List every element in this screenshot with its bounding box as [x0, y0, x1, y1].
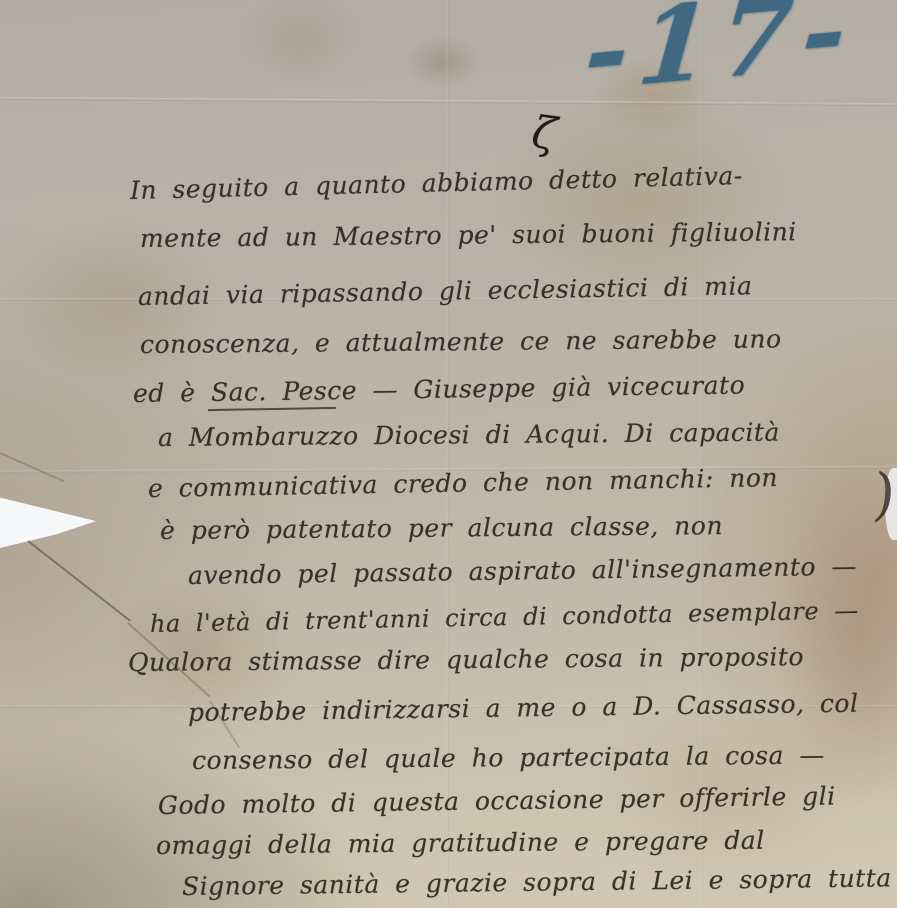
paper-crack: [27, 540, 131, 622]
ink-underline: [208, 407, 336, 411]
handwriting-line: è però patentato per alcuna classe, non: [160, 513, 723, 543]
handwriting-line: potrebbe indirizzarsi a me o a D. Cassas…: [188, 691, 859, 725]
handwriting-line: mente ad un Maestro pe' suoi buoni figli…: [140, 219, 797, 251]
fold-crease-vertical: [700, 0, 703, 908]
paper-tear: [0, 492, 96, 548]
handwriting-line: ha l'età di trent'anni circa di condotta…: [150, 598, 859, 636]
handwriting-line: ed è Sac. Pesce — Giuseppe già vicecurat…: [133, 372, 745, 406]
handwriting-line: consenso del quale ho partecipata la cos…: [192, 742, 825, 773]
handwriting-line: andai via ripassando gli ecclesiastici d…: [138, 273, 753, 309]
letter-photo: -17- ζ ) In seguito a quanto abbiamo det…: [0, 0, 897, 908]
handwriting-line: Signore sanità e grazie sopra di Lei e s…: [182, 865, 892, 899]
handwriting-line: a Mombaruzzo Diocesi di Acqui. Di capaci…: [158, 420, 780, 450]
handwriting-line: Godo molto di questa occasione per offer…: [158, 784, 836, 818]
handwriting-line: omaggi della mia gratitudine e pregare d…: [156, 828, 765, 858]
handwriting-line: In seguito a quanto abbiamo detto relati…: [130, 163, 743, 203]
paper-crack: [0, 452, 64, 482]
page-number: -17-: [580, 0, 880, 114]
handwriting-line: conoscenza, e attualmente ce ne sarebbe …: [140, 326, 782, 357]
handwriting-line: avendo pel passato aspirato all'insegnam…: [188, 554, 857, 588]
ink-flourish-mark: ζ: [529, 107, 560, 161]
handwriting-line: e communicativa credo che non manchi: no…: [148, 465, 778, 501]
handwriting-line: Qualora stimasse dire qualche cosa in pr…: [128, 644, 804, 675]
